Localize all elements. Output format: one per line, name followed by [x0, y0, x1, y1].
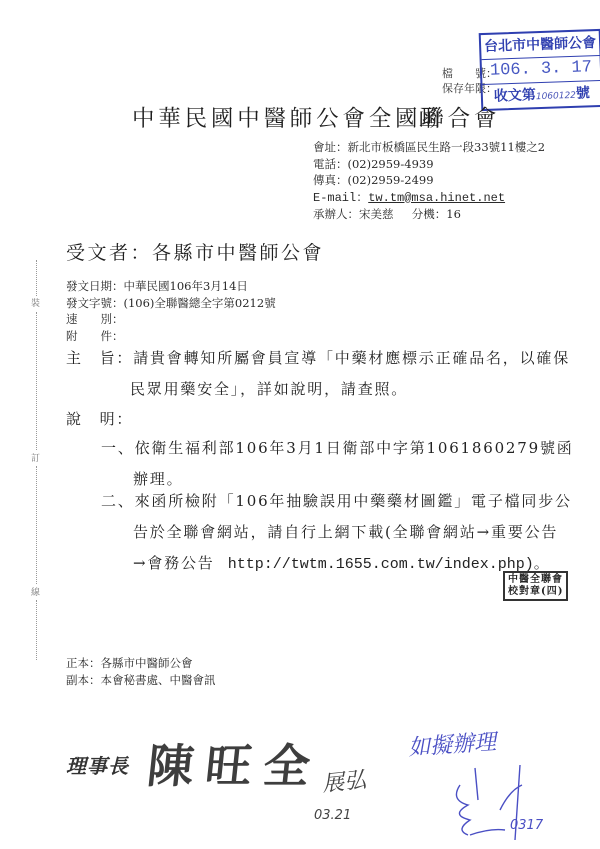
phone-line: 電話：(02)2959-4939: [313, 156, 545, 173]
dispatch-meta: 發文日期：中華民國106年3月14日 發文字號：(106)全聯醫總全字第0212…: [66, 278, 276, 344]
handwritten-approval: 如擬辦理: [407, 725, 497, 762]
contact-block: 會址：新北市板橋區民生路一段33號11樓之2 電話：(02)2959-4939 …: [313, 139, 545, 223]
handwritten-initials: 展弘: [321, 763, 368, 798]
distribution-list: 正本：各縣市中醫師公會 副本：本會秘書處、中醫會訊: [66, 655, 216, 688]
handwritten-date-2: 0317: [510, 818, 543, 833]
email-line: E-mail：tw.tm@msa.hinet.net: [313, 189, 545, 207]
fax-line: 傳真：(02)2959-2499: [313, 172, 545, 189]
receipt-stamp: 台北市中醫師公會 106. 3. 17 收文第1060122號: [479, 29, 600, 111]
explanation-label: 說 明：: [66, 404, 133, 435]
binding-dotted-line: [36, 260, 37, 296]
email-link[interactable]: tw.tm@msa.hinet.net: [368, 191, 505, 205]
binding-mark-zhuang: 裝: [31, 296, 40, 309]
issuer-title: 中華民國中醫師公會全國聯合會: [132, 101, 500, 133]
dispatch-attachment: 附 件：: [66, 328, 276, 345]
subject-line-2: 民眾用藥安全」，詳如說明，請查照。: [66, 374, 570, 405]
dispatch-date: 發文日期：中華民國106年3月14日: [66, 278, 276, 295]
explanation-item-2: 二、來函所檢附「106年抽驗誤用中藥藥材圖鑑」電子檔同步公 告於全聯會網站，請自…: [101, 486, 572, 580]
chairman-signature: 陳旺全: [145, 730, 326, 796]
dispatch-ref: 發文字號：(106)全聯醫總全字第0212號: [66, 295, 276, 312]
binding-dotted-line: [36, 466, 37, 584]
document-type: 函: [418, 101, 441, 133]
handwritten-date-1: 03.21: [314, 808, 351, 823]
binding-mark-xian: 線: [31, 585, 40, 598]
dispatch-speed: 速 別：: [66, 311, 276, 328]
subject-section: 主 旨：請貴會轉知所屬會員宣導「中藥材應標示正確品名，以確保 民眾用藥安全」，詳…: [66, 343, 570, 405]
copy-recipients: 副本：本會秘書處、中醫會訊: [66, 672, 216, 689]
binding-mark-ding: 訂: [31, 451, 40, 464]
handler-line: 承辦人：宋美慈 分機：16: [313, 206, 545, 223]
recipient-line: 受文者：各縣市中醫師公會: [66, 238, 324, 265]
subject-line-1: 請貴會轉知所屬會員宣導「中藥材應標示正確品名，以確保: [133, 349, 570, 367]
website-url[interactable]: http://twtm.1655.com.tw/index.php)。: [228, 556, 549, 573]
original-recipients: 正本：各縣市中醫師公會: [66, 655, 216, 672]
binding-dotted-line: [36, 312, 37, 450]
stamp-number: 1060122: [536, 91, 576, 102]
proofreading-seal: 中醫全聯會 校對章(四): [503, 571, 568, 601]
recipient-label: 受文者：: [66, 242, 152, 264]
address-line: 會址：新北市板橋區民生路一段33號11樓之2: [313, 139, 545, 156]
chairman-title: 理事長: [66, 750, 129, 779]
recipient-value: 各縣市中醫師公會: [152, 242, 324, 264]
binding-dotted-line: [36, 600, 37, 660]
subject-label: 主 旨：: [66, 349, 133, 367]
